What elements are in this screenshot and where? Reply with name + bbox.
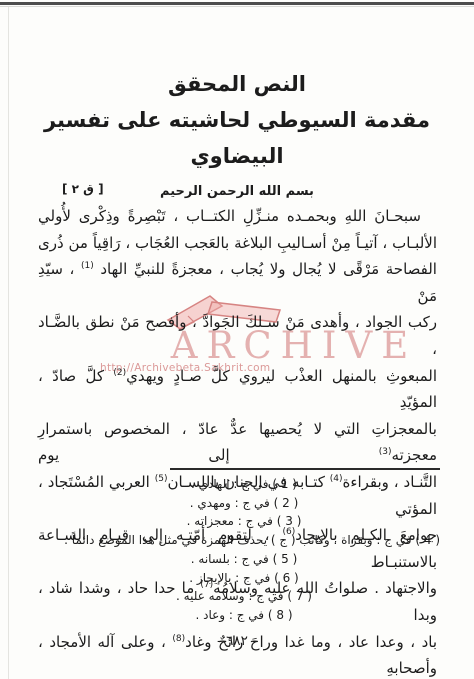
body-line: الألبـاب ، آتيـاً مِنْ أسـاليبِ البلاغة …	[38, 230, 437, 257]
footnote-line: ( 7 ) في ج : وسلامه عليه .	[48, 587, 440, 606]
scan-edge-top	[0, 2, 474, 5]
footnote-line: ( 4 ) في ج : وبقراة . وكاتب ( ج ) يحذف ا…	[48, 531, 440, 550]
footnote-separator	[170, 468, 440, 470]
footnote-line: ( 3 ) في ج : معجزاته .	[48, 512, 440, 531]
footnote-line: ( 8 ) في ج : وعاد .	[48, 606, 440, 625]
body-line: ركب الجواد ، وأهدى مَنْ سـلكَ الجَوادَّ …	[38, 309, 437, 362]
body-line: المبعوثِ بالمنهل العذْب ليروي كلَّ صـادٍ…	[38, 363, 437, 416]
page-number: - ٦٨٢ -	[0, 633, 474, 649]
footnote-line: ( 6 ) في ج : بالإيجاز .	[48, 569, 440, 588]
page-subtitle: مقدمة السيوطي لحاشيته على تفسير	[0, 102, 474, 138]
footnote-line: ( 5 ) في ج : بلسانه .	[48, 550, 440, 569]
page-subtitle-2: البيضاوي	[0, 138, 474, 174]
footnote-line: ( 1 ) في ج : الهادي .	[48, 475, 440, 494]
body-line: بالمعجزاتِ التي لا يُحصيها عدٌّ عادّ ، ا…	[38, 416, 437, 469]
body-line: الفصاحة مَرْقًى لا يُجال ولا يُجاب ، معج…	[38, 256, 437, 309]
page-title: النص المحقق	[0, 66, 474, 102]
heading-block: النص المحقق مقدمة السيوطي لحاشيته على تف…	[0, 66, 474, 174]
book-page: ARCHIVE http://Archivebeta.Sakhrit.com ا…	[0, 0, 474, 679]
footnotes-block: ( 1 ) في ج : الهادي .( 2 ) في ج : ومهدي …	[48, 475, 440, 625]
basmala-row: بسم الله الرحمن الرحيم [ ق ٢ ]	[0, 180, 474, 200]
folio-marker: [ ق ٢ ]	[62, 182, 104, 196]
body-line: سبحـانَ اللهِ وبحمـده منـزِّلِ الكتــاب …	[38, 203, 437, 230]
footnote-line: ( 2 ) في ج : ومهدي .	[48, 494, 440, 513]
scan-edge-top-shadow	[0, 6, 474, 7]
basmala-text: بسم الله الرحمن الرحيم	[160, 184, 314, 199]
